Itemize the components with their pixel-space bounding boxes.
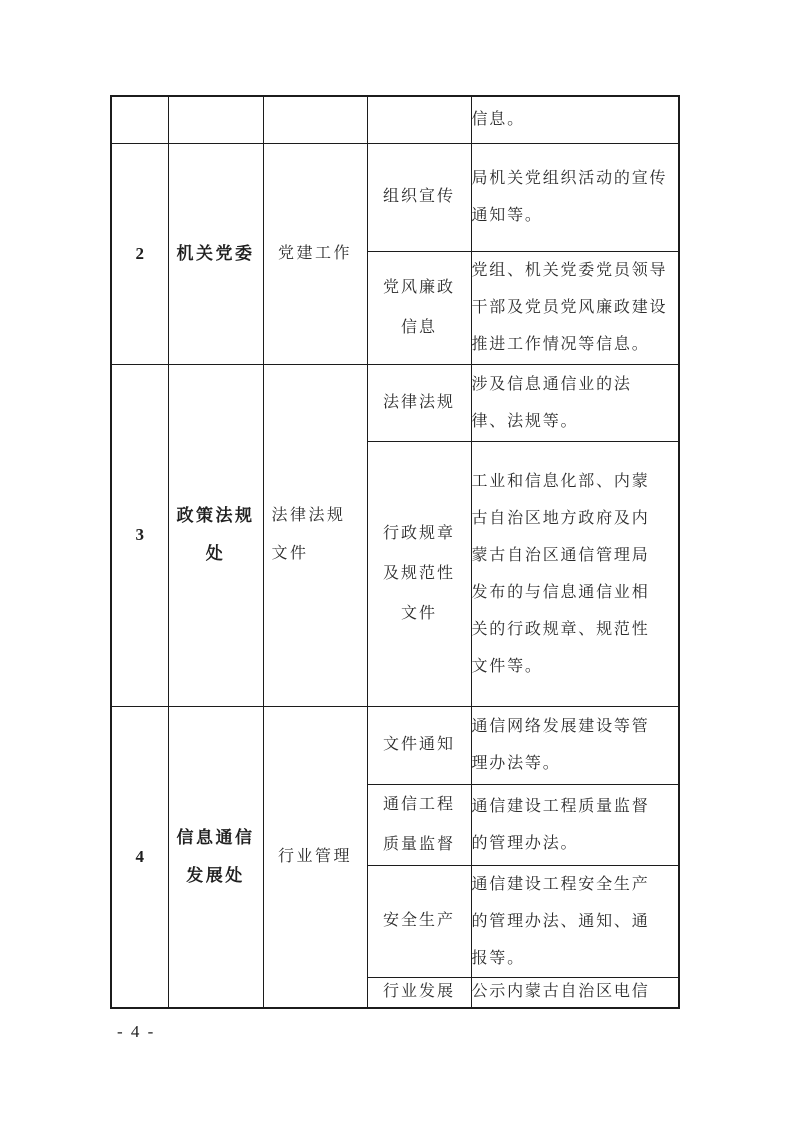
disclosure-table: 信息。 2 机关党委 党建工作 组织宣传 局机关党组织活动的宣传 通知等。 党风… <box>110 95 680 1009</box>
description-cell: 通信建设工程质量监督 的管理办法。 <box>471 784 679 865</box>
empty-category-cell <box>263 96 367 143</box>
department-cell: 机关党委 <box>168 143 263 364</box>
subcategory-cell: 安全生产 <box>367 865 471 977</box>
description-cell: 涉及信息通信业的法 律、法规等。 <box>471 364 679 441</box>
carryover-row: 信息。 <box>111 96 679 143</box>
table-row: 3 政策法规 处 法律法规 文件 法律法规 涉及信息通信业的法 律、法规等。 <box>111 364 679 441</box>
description-cell: 公示内蒙古自治区电信 <box>471 977 679 1008</box>
row-number-cell: 2 <box>111 143 168 364</box>
description-cell: 通信建设工程安全生产 的管理办法、通知、通 报等。 <box>471 865 679 977</box>
empty-number-cell <box>111 96 168 143</box>
table-row: 2 机关党委 党建工作 组织宣传 局机关党组织活动的宣传 通知等。 <box>111 143 679 251</box>
table-row: 4 信息通信 发展处 行业管理 文件通知 通信网络发展建设等管 理办法等。 <box>111 706 679 784</box>
description-cell: 通信网络发展建设等管 理办法等。 <box>471 706 679 784</box>
page-number: - 4 - <box>117 1022 155 1042</box>
row-number-cell: 4 <box>111 706 168 1008</box>
description-cell: 工业和信息化部、内蒙 古自治区地方政府及内 蒙古自治区通信管理局 发布的与信息通… <box>471 441 679 706</box>
department-cell: 政策法规 处 <box>168 364 263 706</box>
empty-department-cell <box>168 96 263 143</box>
subcategory-cell: 党风廉政 信息 <box>367 251 471 364</box>
subcategory-cell: 法律法规 <box>367 364 471 441</box>
subcategory-cell: 通信工程 质量监督 <box>367 784 471 865</box>
description-cell: 信息。 <box>471 96 679 143</box>
subcategory-cell: 组织宣传 <box>367 143 471 251</box>
category-cell: 行业管理 <box>263 706 367 1008</box>
subcategory-cell: 文件通知 <box>367 706 471 784</box>
category-cell: 党建工作 <box>263 143 367 364</box>
subcategory-cell: 行政规章 及规范性 文件 <box>367 441 471 706</box>
category-cell: 法律法规 文件 <box>263 364 367 706</box>
department-cell: 信息通信 发展处 <box>168 706 263 1008</box>
description-cell: 局机关党组织活动的宣传 通知等。 <box>471 143 679 251</box>
subcategory-cell: 行业发展 <box>367 977 471 1008</box>
description-cell: 党组、机关党委党员领导 干部及党员党风廉政建设 推进工作情况等信息。 <box>471 251 679 364</box>
empty-subcategory-cell <box>367 96 471 143</box>
document-page: 信息。 2 机关党委 党建工作 组织宣传 局机关党组织活动的宣传 通知等。 党风… <box>0 0 793 1122</box>
row-number-cell: 3 <box>111 364 168 706</box>
